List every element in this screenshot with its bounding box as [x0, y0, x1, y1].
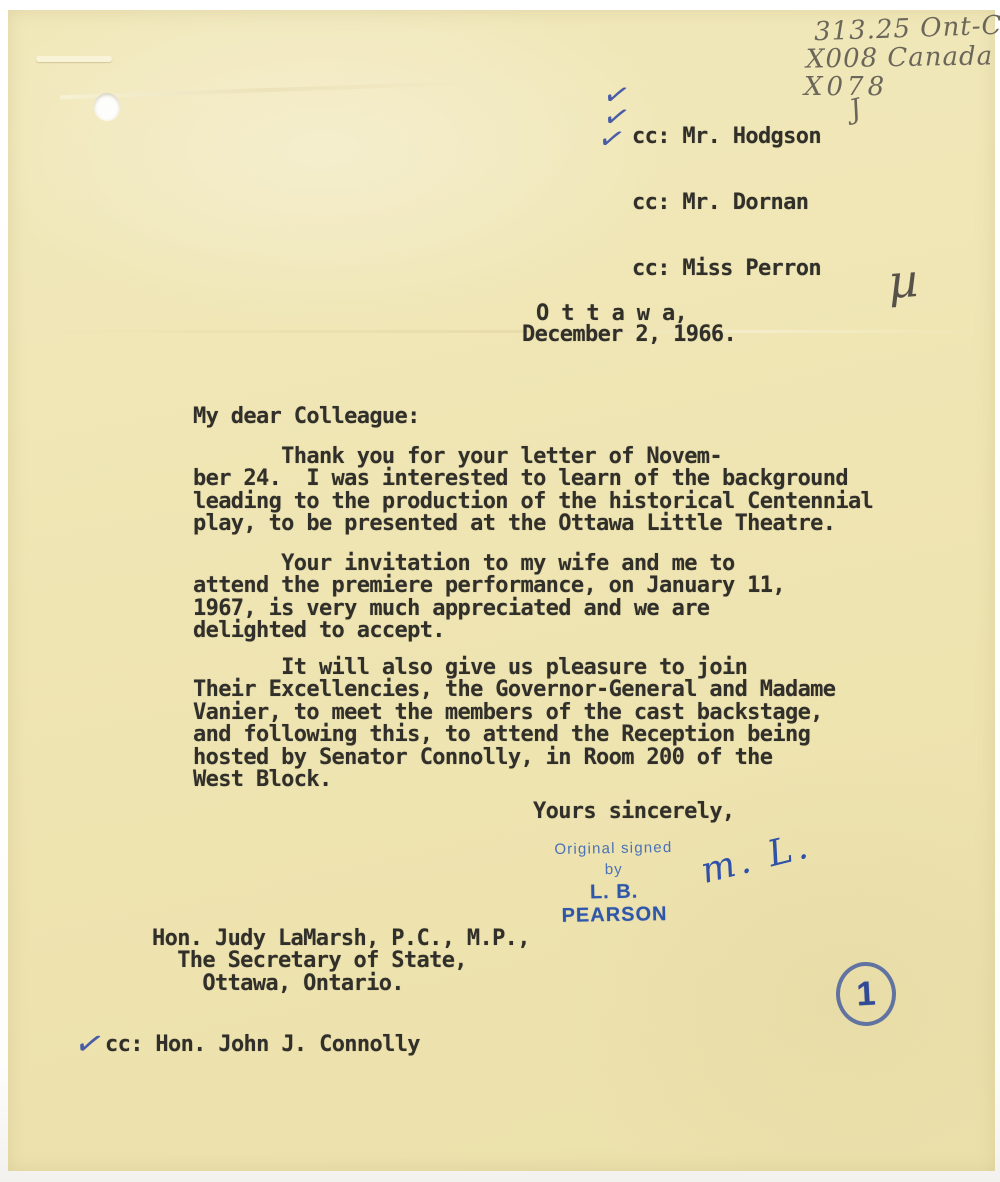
body-paragraph-2: Your invitation to my wife and me to att… [193, 553, 785, 643]
scanned-letter-page: 313.25 Ont-C X008 Canada X078 J µ ✓ ✓ ✓ … [0, 0, 1000, 1182]
signature-stamp: Original signed by L. B. PEARSON [537, 839, 690, 929]
cc-top-list: cc: Mr. Hodgson cc: Mr. Dornan cc: Miss … [632, 82, 821, 324]
recipient-address: Hon. Judy LaMarsh, P.C., M.P., The Secre… [152, 928, 530, 995]
body-paragraph-3: It will also give us pleasure to join Th… [193, 657, 835, 791]
cc-bottom-line: cc: Hon. John J. Connolly [105, 1034, 420, 1056]
body-paragraph-1: Thank you for your letter of Novem- ber … [193, 446, 873, 536]
signature-stamp-line-1: Original signed [537, 839, 689, 859]
cc-top-item: cc: Miss Perron [632, 258, 821, 280]
salutation: My dear Colleague: [193, 406, 420, 428]
punch-hole [94, 93, 120, 120]
closing: Yours sincerely, [533, 801, 735, 823]
signature-stamp-name: L. B. PEARSON [538, 880, 691, 929]
cc-top-item: cc: Mr. Dornan [632, 192, 821, 214]
page-number: 1 [856, 974, 877, 1014]
staple-mark [36, 56, 112, 62]
cc-top-item: cc: Mr. Hodgson [632, 126, 821, 148]
dateline-date: December 2, 1966. [522, 324, 736, 346]
pencil-mark-mu: µ [886, 253, 920, 309]
pencil-code-line-1: X008 Canada [806, 41, 994, 74]
signature-stamp-line-2: by [538, 860, 690, 880]
